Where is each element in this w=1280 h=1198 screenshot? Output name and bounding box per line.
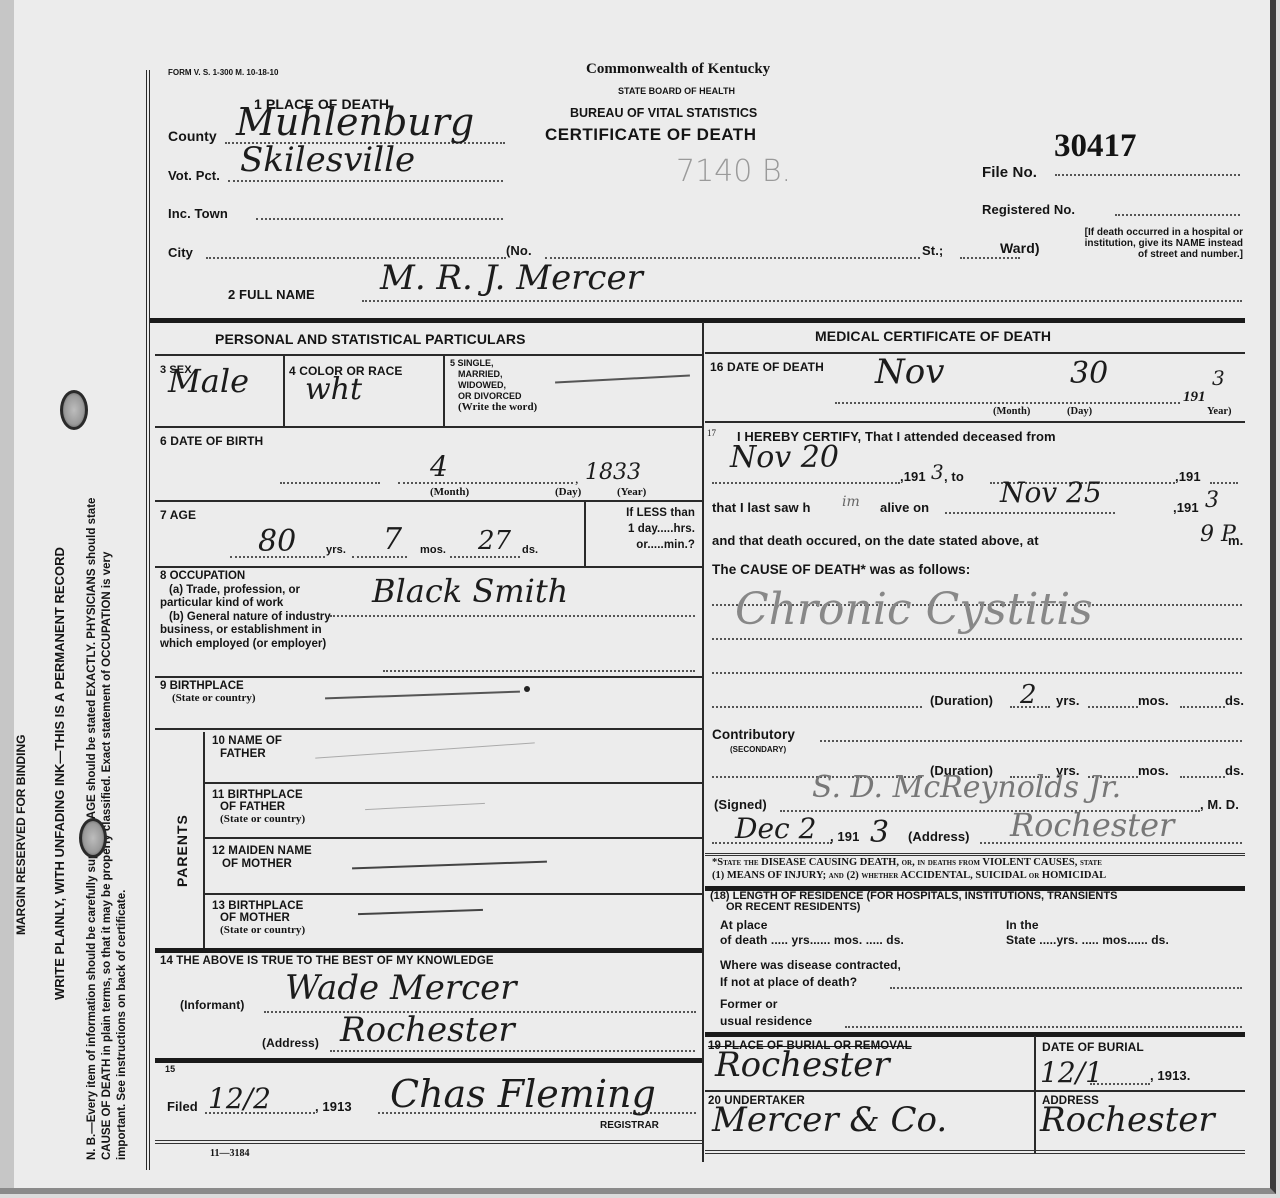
divider [705,1032,1245,1037]
physician-address-label: (Address) [908,829,970,844]
contrib-mos-label: mos. [1138,763,1169,778]
cause-label: The CAUSE OF DEATH* was as follows: [712,562,970,577]
ds-label: ds. [522,544,538,556]
dob-label: 6 DATE OF BIRTH [160,434,263,448]
attended-from-value[interactable]: Nov 20 [730,440,839,475]
margin-instructions-3: important. See instructions on back of c… [116,890,128,1160]
undertaker-value[interactable]: Mercer & Co. [712,1100,947,1140]
duration-years-value[interactable]: 2 [1020,680,1037,710]
st-label: St.; [922,243,943,258]
mother-birthplace-value-dash[interactable] [358,909,483,915]
certificate-title: CERTIFICATE OF DEATH [545,125,756,145]
physician-address-value[interactable]: Rochester [1010,806,1174,844]
full-name-line [362,300,1242,302]
attended-from-year: ,191 [900,469,926,484]
dod-year-suffix[interactable]: 3 [1212,366,1225,390]
attended-to-year: ,191 [1175,469,1201,484]
former-residence-block: Former or usual residence [720,996,812,1030]
center-divider [702,322,704,1162]
divider [705,1150,1245,1154]
death-certificate: MARGIN RESERVED FOR BINDING WRITE PLAINL… [0,0,1276,1194]
dod-label: 16 DATE OF DEATH [710,360,824,374]
dod-line [835,402,1180,404]
age-days-value[interactable]: 27 [478,526,511,556]
mother-birthplace-label: 13 BIRTHPLACE OF MOTHER (State or countr… [212,900,305,936]
dob-day-line[interactable] [398,482,573,484]
marital-label: 5 SINGLE, MARRIED, WIDOWED, OR DIVORCED … [450,358,537,413]
form-left-border [146,70,150,1170]
divider [155,354,702,356]
last-saw-line [945,512,1115,514]
sex-value[interactable]: Male [168,362,249,400]
personal-section-title: PERSONAL AND STATISTICAL PARTICULARS [215,331,526,347]
former-residence-line[interactable] [845,1026,1242,1028]
cause-line-2 [712,638,1242,640]
parents-label: PARENTS [174,814,190,887]
last-saw-prefix: that I last saw h [712,500,811,515]
file-no-line [1055,174,1240,176]
divider [155,500,702,502]
medical-section-title: MEDICAL CERTIFICATE OF DEATH [815,328,1051,344]
file-no-label: File No. [982,164,1037,181]
cause-line-3 [712,672,1242,674]
yrs-label: yrs. [326,544,346,556]
inc-town-line[interactable] [256,218,503,220]
parents-divider [203,732,205,950]
dod-day-value[interactable]: 30 [1070,356,1108,391]
divider [155,566,702,568]
last-saw-pronoun[interactable]: im [842,494,860,510]
to-label: , to [944,469,964,484]
father-birthplace-label: 11 BIRTHPLACE OF FATHER (State or countr… [212,789,305,825]
divider [155,676,702,678]
duration-mos-line[interactable] [1088,706,1138,708]
father-name-label: 10 NAME OF FATHER [212,735,282,761]
file-no[interactable]: 30417 [1054,128,1137,165]
in-state-block: In the State .....yrs. ..... mos...... d… [1006,918,1169,948]
vot-pct-value[interactable]: Skilesville [240,140,415,180]
contributory-line[interactable] [820,740,1242,742]
contracted-block: Where was disease contracted, If not at … [720,957,901,991]
filed-date-value[interactable]: 12/2 [208,1082,271,1115]
stamp-number: 7140 B. [676,154,791,189]
certify-number: 17 [707,428,716,438]
vot-pct-label: Vot. Pct. [168,168,220,183]
marital-value-dash[interactable] [555,374,690,383]
signed-year-suffix[interactable]: 3 [870,815,889,850]
duration-ds-line[interactable] [1180,706,1225,708]
main-top-divider [150,318,1245,323]
birthplace-value-dash[interactable] [325,691,520,700]
divider [705,352,1245,354]
occupation-label-block: 8 OCCUPATION (a) Trade, profession, or p… [160,570,331,651]
full-name-value[interactable]: M. R. J. Mercer [380,258,643,298]
margin-instructions-2: CAUSE OF DEATH in plain terms, so that i… [101,552,113,1160]
burial-date-line [1090,1083,1150,1085]
informant-value[interactable]: Wade Mercer [285,968,517,1008]
dob-month-line[interactable] [280,482,380,484]
age-label: 7 AGE [160,508,196,522]
occupation-value[interactable]: Black Smith [372,572,568,610]
city-label: City [168,245,193,260]
dod-year-prefix: 191 [1183,389,1206,406]
at-place-block: At place of death ..... yrs...... mos. .… [720,918,904,948]
county-value[interactable]: Muhlenburg [236,100,474,144]
form-code: FORM V. S. 1-300 M. 10-18-10 [168,68,278,77]
ink-dot [524,686,530,692]
attended-from-year-suffix[interactable]: 3 [931,460,944,484]
signed-year: , 191 [830,829,859,844]
dod-year-caption: Year) [1207,406,1232,417]
binding-margin-edge [0,0,14,1188]
divider [705,853,1245,856]
dod-month-value[interactable]: Nov [875,352,944,392]
divider [283,356,285,426]
informant-address-value[interactable]: Rochester [340,1010,515,1050]
occupation-line [330,615,695,617]
registered-no-label: Registered No. [982,202,1075,217]
footnote: *State the DISEASE CAUSING DEATH, or, in… [712,857,1106,882]
ward-line[interactable] [960,257,1020,259]
duration-label: (Duration) [930,693,993,708]
dob-day-value[interactable]: 4 [430,450,448,483]
hospital-note: [If death occurred in a hospital or inst… [1083,227,1243,260]
commonwealth-title: Commonwealth of Kentucky [586,61,770,78]
secondary-label: (SECONDARY) [730,745,786,754]
divider [443,356,445,426]
alive-on-label: alive on [880,500,929,515]
knowledge-label: 14 THE ABOVE IS TRUE TO THE BEST OF MY K… [160,955,494,967]
contributory-label: Contributory [712,727,795,742]
divider [205,893,702,895]
signed-label: (Signed) [714,797,767,812]
md-label: , M. D. [1200,797,1239,812]
divider [155,948,702,953]
yrs-label: yrs. [1056,693,1080,708]
attended-from-line [712,482,900,484]
dod-day-caption: (Day) [1067,406,1092,417]
county-label: County [168,128,217,144]
inc-town-label: Inc. Town [168,206,228,221]
undertaker-address-value[interactable]: Rochester [1040,1100,1215,1140]
father-name-value-dash[interactable] [315,742,535,758]
dob-month-caption: (Month) [430,486,469,498]
death-time-suffix: m. [1228,533,1243,548]
registrar-signature[interactable]: Chas Fleming [390,1072,656,1116]
divider [205,782,702,784]
contracted-line[interactable] [890,987,1242,989]
state-board: STATE BOARD OF HEALTH [618,86,735,96]
full-name-label: 2 FULL NAME [228,287,315,302]
divider [155,728,702,730]
filed-year: , 1913 [315,1099,352,1114]
registered-no-line[interactable] [1115,214,1240,216]
burial-date-label: DATE OF BURIAL [1042,1040,1144,1054]
divider [584,502,586,566]
mother-name-label: 12 MAIDEN NAME OF MOTHER [212,845,312,871]
divider [155,1058,702,1063]
age-months-value[interactable]: 7 [383,522,402,557]
mos-label: mos. [420,544,446,556]
divider [205,837,702,839]
age-years-value[interactable]: 80 [258,524,296,559]
form-number: 11—3184 [210,1148,249,1159]
less-than-label: If LESS than 1 day.....hrs. or.....min.? [590,505,695,553]
divider [705,421,1245,423]
bureau: BUREAU OF VITAL STATISTICS [570,106,757,120]
last-saw-year: ,191 [1173,500,1199,515]
cause-value[interactable]: Chronic Cystitis [735,584,1093,635]
divider [705,1090,1245,1092]
registrar-label: REGISTRAR [600,1120,659,1131]
contrib-ds-label: ds. [1225,763,1244,778]
burial-divider [1034,1036,1036,1154]
dod-month-caption: (Month) [993,406,1030,417]
punch-hole-top [60,390,88,430]
divider [155,1140,702,1144]
mos-label: mos. [1138,693,1169,708]
filed-label: Filed [167,1099,198,1114]
last-saw-year-suffix[interactable]: 3 [1205,488,1219,513]
dob-day-caption: (Day) [555,486,581,498]
margin-ink-note: WRITE PLAINLY, WITH UNFADING INK—THIS IS… [52,547,67,1000]
informant-address-line [330,1050,695,1052]
divider [155,426,702,428]
age-days-line [450,556,520,558]
informant-label: (Informant) [180,998,244,1012]
burial-place-value[interactable]: Rochester [715,1045,890,1085]
race-value[interactable]: wht [305,372,362,407]
punch-hole-bottom [79,818,107,858]
dob-year-caption: (Year) [617,486,646,498]
ds-label: ds. [1225,693,1244,708]
birthplace-label: 9 BIRTHPLACE (State or country) [160,680,256,704]
margin-binding-note: MARGIN RESERVED FOR BINDING [14,735,28,935]
father-birthplace-value-dash[interactable] [365,803,485,810]
residence-label: (18) LENGTH OF RESIDENCE (FOR HOSPITALS,… [710,891,1117,913]
filed-number: 15 [165,1064,175,1074]
no-label: (No. [506,243,532,258]
dob-year-value[interactable]: 1833 [585,460,641,485]
industry-line[interactable] [383,670,695,672]
mother-name-value-dash[interactable] [352,861,547,870]
ward-label: Ward) [1000,240,1040,256]
physician-signature[interactable]: S. D. McReynolds Jr. [812,770,1121,805]
vot-pct-line [228,180,503,182]
cause-duration-line [712,706,922,708]
attended-to-year-line[interactable] [1210,482,1238,484]
contrib-ds-line[interactable] [1180,776,1225,778]
death-time-text: and that death occured, on the date stat… [712,533,1039,548]
burial-year: , 1913. [1150,1068,1190,1083]
informant-address-label: (Address) [262,1036,319,1050]
last-saw-date[interactable]: Nov 25 [1000,476,1102,509]
signed-date-value[interactable]: Dec 2 [735,812,816,845]
